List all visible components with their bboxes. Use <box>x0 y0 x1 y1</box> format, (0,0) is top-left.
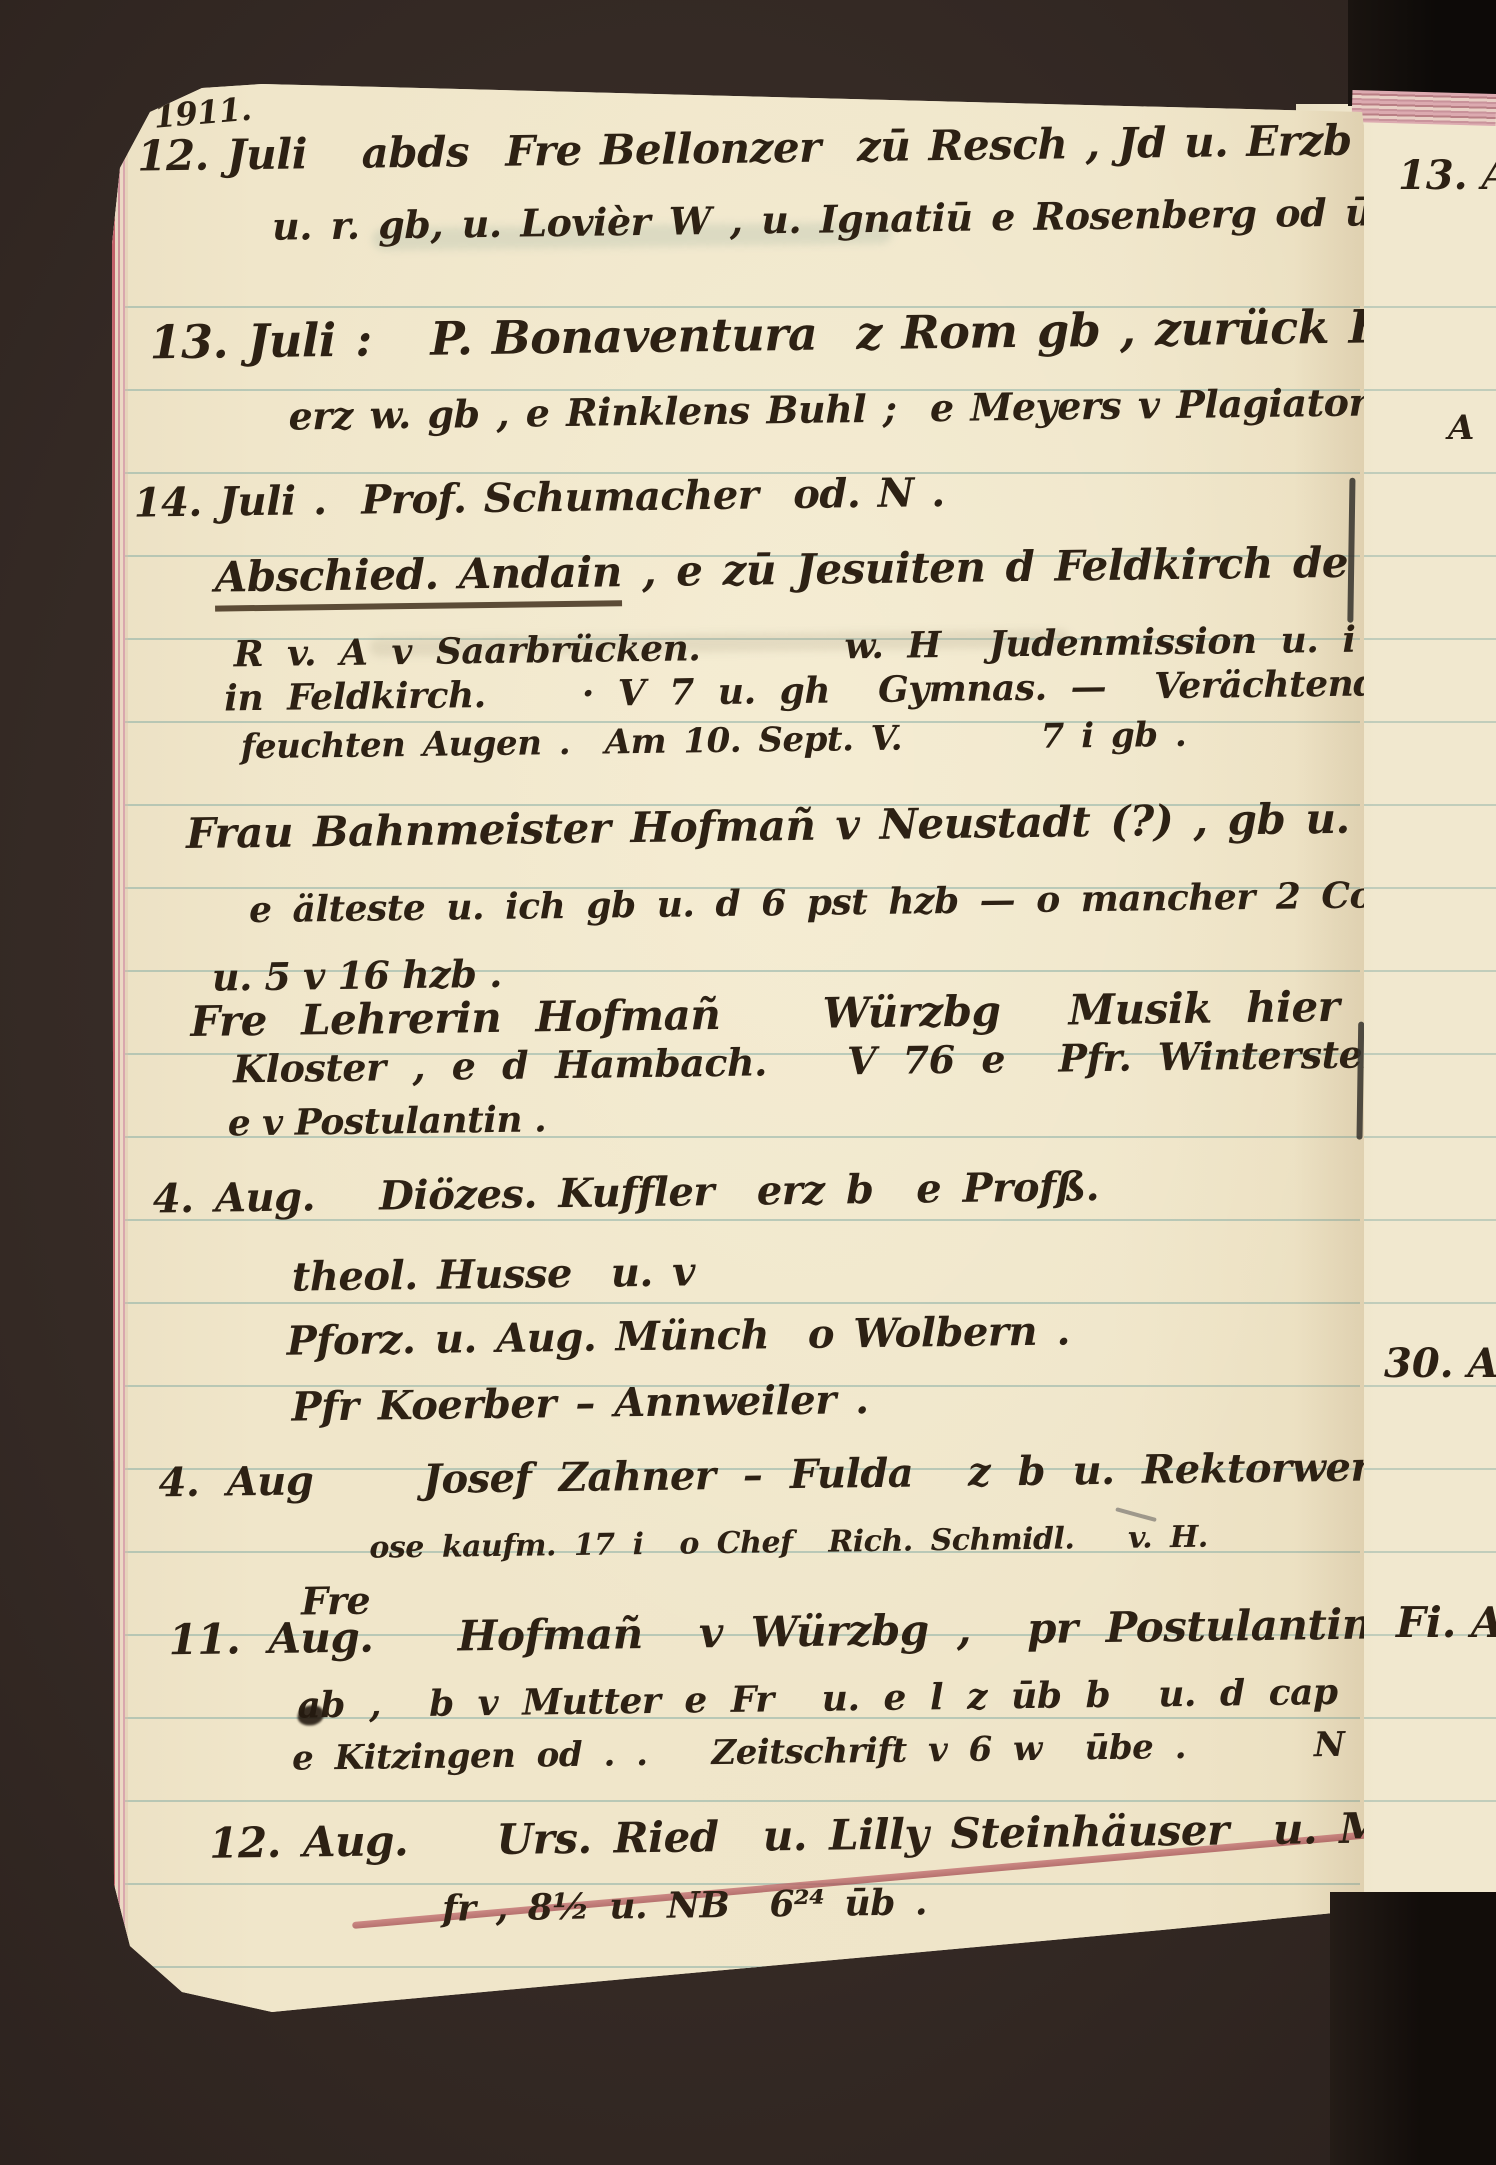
line-11-aug-3: e Kitzingen od . . Zeitschrift v 6 w ūbe… <box>292 1726 1496 1776</box>
line-4-aug-a-2: theol. Husse u. v <box>292 1252 696 1297</box>
line-frau-bahnmeister-1: Frau Bahnmeister Hofmañ v Neustadt (?) ,… <box>186 796 1485 855</box>
notebook-page: 1911. 12. Juli abds Fre Bellonzer zū Res… <box>112 84 1364 2018</box>
right-page-fragment-4: Fi. A <box>1396 1598 1496 1647</box>
line-4-aug-b-2: ose kaufm. 17 i o Chef Rich. Schmidl. v.… <box>369 1523 1208 1564</box>
line-frau-bahnmeister-3: u. 5 v 16 hzb . <box>212 955 502 997</box>
book-cover-edge-bottom <box>1330 1892 1496 2165</box>
line-abschied-andain-4: feuchten Augen . Am 10. Sept. V. 7 i gb … <box>241 718 1187 764</box>
line-abschied-andain-1: Abschied. Andain , e zū Jesuiten d Feldk… <box>214 539 1496 598</box>
line-11-aug-2: ab , b v Mutter e Fr u. e l z ūb b u. d … <box>297 1672 1466 1723</box>
year-label: 1911. <box>152 93 252 133</box>
marginal-ink-stroke-2 <box>1356 1022 1364 1140</box>
line-lehrerin-hofman-3: e v Postulantin . <box>228 1101 547 1141</box>
right-page-fragment-3: 30. A <box>1384 1340 1496 1387</box>
right-page-fragment-2: A <box>1448 408 1474 448</box>
line-entry-13-juli-1: 13. Juli : P. Bonaventura z Rom gb , zur… <box>149 301 1496 365</box>
line-4-aug-a-1: 4. Aug. Diözes. Kuffler erz b e Profß. <box>153 1167 1100 1219</box>
stacked-page-edges-top <box>1352 90 1496 126</box>
line-12-aug-2: fr , 8½ u. NB 6²⁴ ūb . <box>442 1884 927 1926</box>
line-entry-14-juli: 14. Juli . Prof. Schumacher od. N . <box>133 473 944 524</box>
line-4-aug-a-4: Pfr Koerber – Annweiler . <box>291 1380 869 1428</box>
photo-backdrop: 13. A A 30. A Fi. A 1911. 12. Juli abds … <box>0 0 1496 2165</box>
line-12-aug-1: 12. Aug. Urs. Ried u. Lilly Steinhäuser … <box>209 1806 1481 1865</box>
line-4-aug-b-1: 4. Aug Josef Zahner – Fulda z b u. Rekto… <box>158 1444 1496 1504</box>
line-frau-bahnmeister-2: e älteste u. ich gb u. d 6 pst hzb — o m… <box>249 876 1471 928</box>
handwriting-layer: 1911. 12. Juli abds Fre Bellonzer zū Res… <box>100 70 1377 2020</box>
line-entry-13-juli-2: erz w. gb , e Rinklens Buhl ; e Meyers v… <box>288 383 1377 435</box>
marginal-ink-stroke-1 <box>1347 478 1355 623</box>
right-page-fragment-1: 13. A <box>1398 152 1496 199</box>
line-entry-12-juli-2: u. r. gb, u. Lovièr W , u. Ignatiū e Ros… <box>272 193 1411 246</box>
underlined-heading: Abschied. Andain <box>214 547 622 611</box>
line-4-aug-a-3: Pforz. u. Aug. Münch o Wolbern . <box>286 1311 1070 1361</box>
line-entry-12-juli-1: 12. Juli abds Fre Bellonzer zū Resch , J… <box>137 119 1428 178</box>
